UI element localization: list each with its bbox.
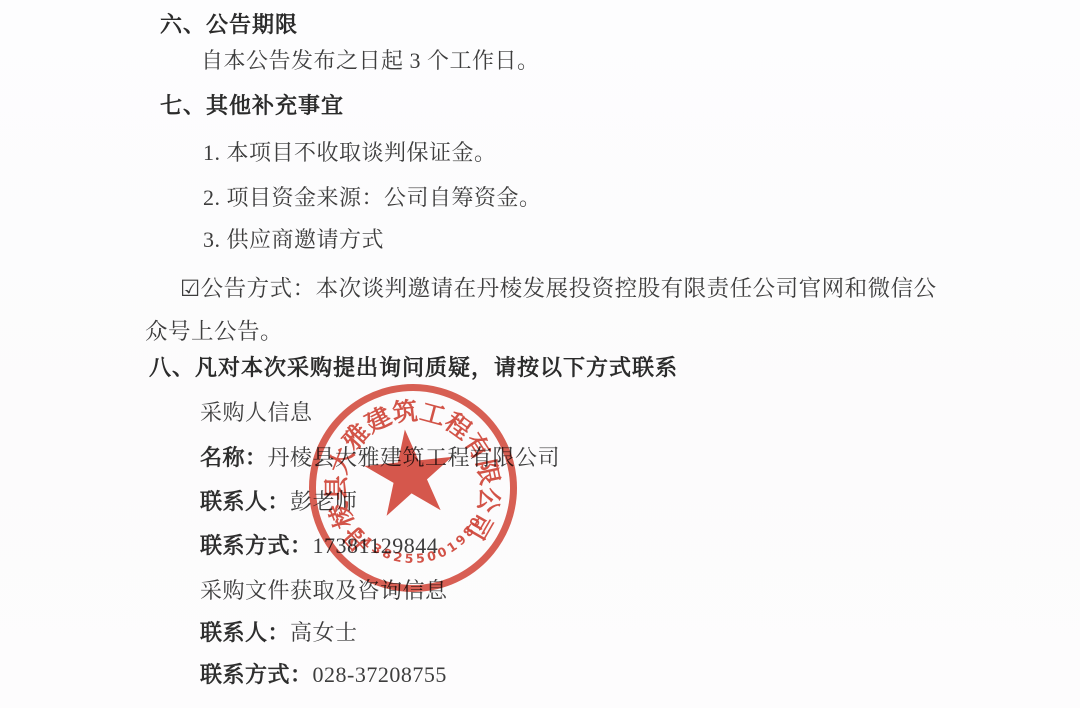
purchaser-phone-line: 联系方式：17381129844 xyxy=(200,532,438,560)
seal-company-char: 司 xyxy=(461,508,499,546)
seal-company-char: 建 xyxy=(359,400,397,438)
phone1-value: 17381129844 xyxy=(313,533,439,558)
seal-number-digit: 0 xyxy=(465,512,484,531)
seal-number-digit: 1 xyxy=(442,537,461,556)
docinfo-phone-line: 联系方式：028-37208755 xyxy=(200,661,447,689)
docinfo-contact-line: 联系人：高女士 xyxy=(200,619,358,647)
document-page: 六、公告期限 自本公告发布之日起 3 个工作日。 七、其他补充事宜 1. 本项目… xyxy=(0,0,1080,708)
seal-number-digit: 8 xyxy=(458,521,478,541)
contact2-value: 高女士 xyxy=(290,620,358,645)
purchaser-info-title: 采购人信息 xyxy=(200,399,313,427)
document-info-title: 采购文件获取及咨询信息 xyxy=(200,577,448,605)
section6-body: 自本公告发布之日起 3 个工作日。 xyxy=(201,47,540,75)
contact2-label: 联系人： xyxy=(200,620,290,645)
phone2-label: 联系方式： xyxy=(200,662,313,687)
section8-heading: 八、凡对本次采购提出询问质疑，请按以下方式联系 xyxy=(149,354,678,382)
name-label: 名称： xyxy=(200,445,268,470)
section7-heading: 七、其他补充事宜 xyxy=(160,92,344,120)
purchaser-contact-line: 联系人：彭老师 xyxy=(200,488,358,516)
section6-heading: 六、公告期限 xyxy=(160,11,298,39)
contact1-label: 联系人： xyxy=(200,489,290,514)
announcement-method-paragraph: ☑公告方式：本次谈判邀请在丹棱发展投资控股有限责任公司官网和微信公众号上公告。 xyxy=(145,267,945,353)
contact1-value: 彭老师 xyxy=(290,489,358,514)
seal-number-digit: 9 xyxy=(451,530,471,550)
seal-company-char: 程 xyxy=(439,405,478,444)
section7-item-2: 2. 项目资金来源：公司自筹资金。 xyxy=(203,184,542,212)
section7-item-1: 1. 本项目不收取谈判保证金。 xyxy=(203,139,497,167)
phone1-label: 联系方式： xyxy=(200,533,313,558)
seal-company-char: 公 xyxy=(474,484,506,516)
name-value: 丹棱县大雅建筑工程有限公司 xyxy=(268,445,561,470)
seal-company-char: 工 xyxy=(416,396,450,430)
phone2-value: 028-37208755 xyxy=(313,662,447,687)
section7-item-3: 3. 供应商邀请方式 xyxy=(203,226,384,254)
purchaser-name-line: 名称：丹棱县大雅建筑工程有限公司 xyxy=(200,444,560,472)
seal-company-char: 筑 xyxy=(389,395,420,426)
